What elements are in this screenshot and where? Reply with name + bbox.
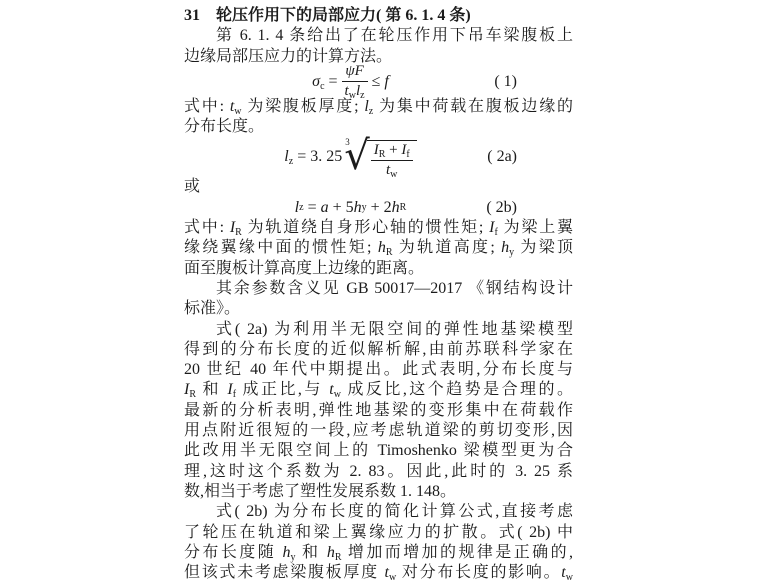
text-run: 其余参数含义见 GB 50017—2017 《钢结构设计 xyxy=(216,280,573,297)
text-run: w xyxy=(234,106,241,117)
text-run: 对分布长度的影响。 xyxy=(396,564,561,581)
equation-number-2a: ( 2a) xyxy=(487,147,517,167)
text-run: + xyxy=(385,142,401,158)
text-run: R xyxy=(235,227,242,238)
text-run: 和 xyxy=(296,544,327,561)
formula-1: σc = ψFtwlz ≤ f ( 1) xyxy=(184,67,573,97)
text-run: 分布长度。 xyxy=(184,118,264,135)
text-run: σ xyxy=(312,73,320,90)
text-run: 20 世纪 40 年代中期提出。此式表明,分布长度与 xyxy=(184,361,573,378)
text-run: h xyxy=(501,239,509,256)
text-run: 式( 2a) 为利用半无限空间的弹性地基梁模型 xyxy=(216,321,573,338)
text-run: 轮压作用下的局部应力( 第 6. 1. 4 条) xyxy=(216,7,471,24)
text-line: 式( 2a) 为利用半无限空间的弹性地基梁模型 xyxy=(184,320,573,340)
formula-2a: lz = 3. 253√IR + Iftw ( 2a) xyxy=(184,137,573,177)
text-run: 增加而增加的规律是正确的, xyxy=(342,544,574,561)
text-run: 为梁顶 xyxy=(514,239,573,256)
text-run: 或 xyxy=(184,178,200,195)
text-run: 为轨道高度; xyxy=(392,239,501,256)
fraction-numerator: ψF xyxy=(342,64,368,81)
text-line: 理,这时这个系数为 2. 83。因此,此时的 3. 25 系 xyxy=(184,462,573,482)
text-line: 缘绕翼缘中面的惯性矩; hR 为轨道高度; hy 为梁顶 xyxy=(184,238,573,258)
root-index: 3 xyxy=(345,132,350,152)
text-line: 分布长度随 hy 和 hR 增加而增加的规律是正确的, xyxy=(184,543,573,563)
section-heading: 31 轮压作用下的局部应力( 第 6. 1. 4 条) xyxy=(184,6,573,26)
text-line: 数,相当于考虑了塑性发展系数 1. 148。 xyxy=(184,482,573,502)
cube-root: 3√IR + Iftw xyxy=(344,137,416,178)
text-run: 面至腹板计算高度上边缘的距离。 xyxy=(184,260,424,277)
text-run: 第 6. 1. 4 条给出了在轮压作用下吊车梁腹板上 xyxy=(216,27,573,44)
formula-lhs: σc = xyxy=(312,72,341,92)
equation-number-2b: ( 2b) xyxy=(486,198,517,218)
fraction: ψFtwlz xyxy=(342,64,368,99)
text-run: 标准》。 xyxy=(184,300,240,317)
formula-rhs: ≤ f xyxy=(368,72,389,92)
text-run: 式( 2b) 为分布长度的简化计算公式,直接考虑 xyxy=(216,503,573,520)
text-run: 缘绕翼缘中面的惯性矩; xyxy=(184,239,378,256)
formula-2b-content: lz = a + 5hy + 2hR xyxy=(295,198,407,218)
text-run: 但该式未考虑梁腹板厚度 xyxy=(184,564,385,581)
text-run: R xyxy=(189,389,196,400)
text-run: ≤ xyxy=(368,73,385,90)
text-line: 用点附近很短的一段,应考虑轨道梁的剪切变形,因 xyxy=(184,421,573,441)
text-run: 式中: xyxy=(184,219,230,236)
text-run: 式中: xyxy=(184,98,230,115)
text-line: 边缘局部压应力的计算方法。 xyxy=(184,47,573,67)
text-run: 理,这时这个系数为 2. 83。因此,此时的 3. 25 系 xyxy=(184,463,573,480)
text-run: w xyxy=(334,389,341,400)
text-run: 和 xyxy=(196,381,227,398)
text-run: h xyxy=(392,198,400,218)
where-paragraph-1: 式中: tw 为梁腹板厚度; lz 为集中荷载在腹板边缘的分布长度。 xyxy=(184,97,573,138)
text-run: 为集中荷载在腹板边缘的 xyxy=(373,98,573,115)
text-line: 第 6. 1. 4 条给出了在轮压作用下吊车梁腹板上 xyxy=(184,26,573,46)
text-line: 式中: tw 为梁腹板厚度; lz 为集中荷载在腹板边缘的 xyxy=(184,97,573,117)
text-line: 分布长度。 xyxy=(184,117,573,137)
fraction-denominator: twlz xyxy=(342,81,368,99)
text-run: 用点附近很短的一段,应考虑轨道梁的剪切变形,因 xyxy=(184,422,573,439)
text-run: 边缘局部压应力的计算方法。 xyxy=(184,48,392,65)
text-run: + 2 xyxy=(367,198,392,218)
text-run: 成反比,这个趋势是合理的。 xyxy=(341,381,573,398)
text-run: w xyxy=(390,169,397,180)
formula-1-content: σc = ψFtwlz ≤ f xyxy=(312,67,389,97)
fraction-numerator: IR + If xyxy=(371,143,413,160)
text-line: 20 世纪 40 年代中期提出。此式表明,分布长度与 xyxy=(184,360,573,380)
text-run xyxy=(200,7,216,24)
text-run: z xyxy=(360,90,364,101)
text-run: a xyxy=(321,198,329,218)
text-run: w xyxy=(566,572,573,583)
fraction-denominator: tw xyxy=(371,160,413,178)
text-line: 但该式未考虑梁腹板厚度 tw 对分布长度的影响。tw xyxy=(184,563,573,583)
text-line: 了轮压在轨道和梁上翼缘应力的扩散。式( 2b) 中 xyxy=(184,523,573,543)
text-run: h xyxy=(354,198,362,218)
radicand: IR + Iftw xyxy=(367,140,417,178)
text-run: 了轮压在轨道和梁上翼缘应力的扩散。式( 2b) 中 xyxy=(184,524,573,541)
or-line: 或 xyxy=(184,177,573,197)
text-line: 式中: IR 为轨道绕自身形心轴的惯性矩; If 为梁上翼 xyxy=(184,218,573,238)
text-line: 最新的分析表明,弹性地基梁的变形集中在荷载作 xyxy=(184,401,573,421)
text-line: 其余参数含义见 GB 50017—2017 《钢结构设计 xyxy=(184,279,573,299)
text-run: = xyxy=(325,73,342,90)
text-run: 分布长度随 xyxy=(184,544,283,561)
intro-paragraph: 31 轮压作用下的局部应力( 第 6. 1. 4 条)第 6. 1. 4 条给出… xyxy=(184,6,573,67)
text-run: R xyxy=(335,552,342,563)
text-run: + 5 xyxy=(329,198,354,218)
fraction: IR + Iftw xyxy=(371,143,413,178)
or-word-line: 或 xyxy=(184,177,573,197)
text-line: 得到的分布长度的近似解析解,由前苏联科学家在 xyxy=(184,340,573,360)
text-run: ψF xyxy=(345,63,363,79)
body-paragraphs: 式中: IR 为轨道绕自身形心轴的惯性矩; If 为梁上翼缘绕翼缘中面的惯性矩;… xyxy=(184,218,573,583)
text-run: 数,相当于考虑了塑性发展系数 1. 148。 xyxy=(184,483,456,500)
text-run: 最新的分析表明,弹性地基梁的变形集中在荷载作 xyxy=(184,402,573,419)
text-line: 面至腹板计算高度上边缘的距离。 xyxy=(184,259,573,279)
formula-lhs: lz = 3. 25 xyxy=(284,147,342,167)
text-line: 式( 2b) 为分布长度的简化计算公式,直接考虑 xyxy=(184,502,573,522)
equation-number-1: ( 1) xyxy=(494,72,517,92)
document-page: 31 轮压作用下的局部应力( 第 6. 1. 4 条)第 6. 1. 4 条给出… xyxy=(184,6,573,583)
text-run: h xyxy=(378,239,386,256)
text-line: IR 和 If 成正比,与 tw 成反比,这个趋势是合理的。 xyxy=(184,380,573,400)
text-run: 31 xyxy=(184,7,200,24)
text-run: h xyxy=(283,544,291,561)
text-run: 得到的分布长度的近似解析解,由前苏联科学家在 xyxy=(184,341,573,358)
text-line: 标准》。 xyxy=(184,299,573,319)
text-run: 为轨道绕自身形心轴的惯性矩; xyxy=(242,219,489,236)
text-run: f xyxy=(384,73,388,90)
text-run: 为梁上翼 xyxy=(498,219,573,236)
text-run: 成正比,与 xyxy=(236,381,329,398)
text-run: f xyxy=(406,149,409,160)
text-run: = xyxy=(304,198,321,218)
text-run: 为梁腹板厚度; xyxy=(242,98,365,115)
text-line: 此改用半无限空间上的 Timoshenko 梁模型更为合 xyxy=(184,441,573,461)
text-run: = 3. 25 xyxy=(293,148,342,165)
text-run: w xyxy=(349,90,356,101)
formula-2a-content: lz = 3. 253√IR + Iftw xyxy=(284,137,416,177)
text-run: h xyxy=(327,544,335,561)
text-run: 此改用半无限空间上的 Timoshenko 梁模型更为合 xyxy=(184,442,573,459)
formula-2b: lz = a + 5hy + 2hR ( 2b) xyxy=(184,198,573,218)
